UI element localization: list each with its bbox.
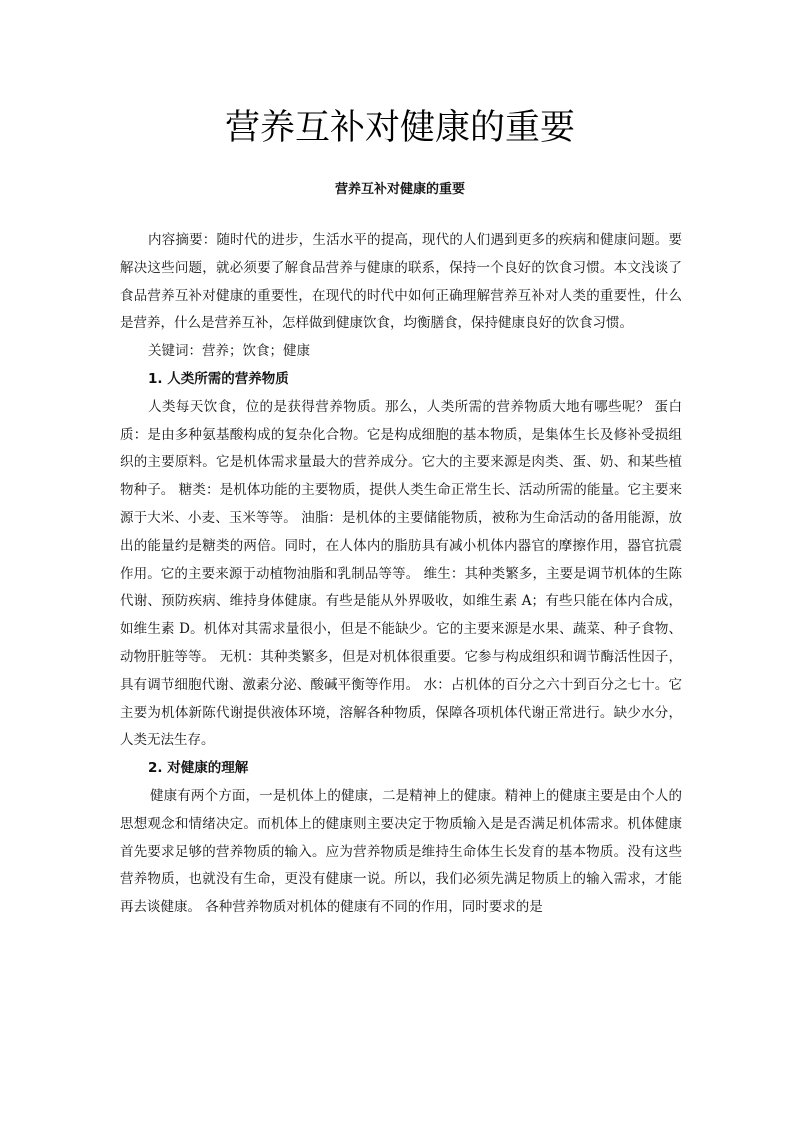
keywords-line: 关键词：营养；饮食；健康 <box>120 338 682 366</box>
section-1-paragraph: 人类每天饮食，位的是获得营养物质。那么，人类所需的营养物质大地有哪些呢？ 蛋白质… <box>120 394 682 755</box>
abstract-paragraph: 内容摘要：随时代的进步，生活水平的提高，现代的人们遇到更多的疾病和健康问题。要解… <box>120 227 682 338</box>
section-heading-2: 2. 对健康的理解 <box>120 755 682 783</box>
document-page: 营养互补对健康的重要 营养互补对健康的重要 内容摘要：随时代的进步，生活水平的提… <box>0 0 800 1132</box>
document-title: 营养互补对健康的重要 <box>0 106 800 150</box>
document-body: 内容摘要：随时代的进步，生活水平的提高，现代的人们遇到更多的疾病和健康问题。要解… <box>120 227 682 922</box>
section-2-paragraph: 健康有两个方面，一是机体上的健康，二是精神上的健康。精神上的健康主要是由个人的思… <box>120 783 682 922</box>
section-heading-1: 1. 人类所需的营养物质 <box>120 366 682 394</box>
document-subtitle: 营养互补对健康的重要 <box>0 180 800 200</box>
